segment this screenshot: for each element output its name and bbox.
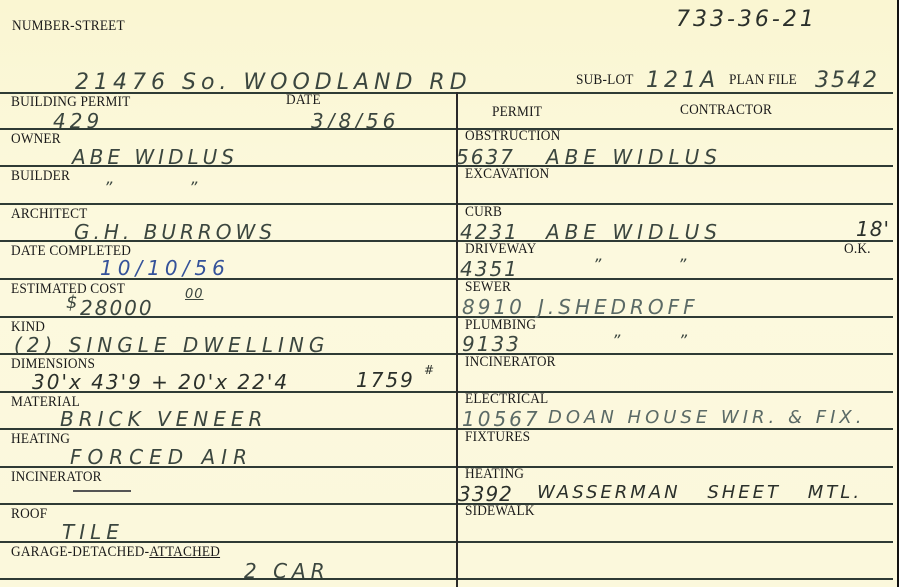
permit-number: 4231: [460, 222, 519, 242]
dimensions-value: 30'x 43'9 + 20'x 22'4: [32, 372, 289, 392]
permit-type-label: INCINERATOR: [465, 355, 556, 370]
number-street-label: NUMBER-STREET: [12, 19, 125, 34]
contractor-name: ” ”: [593, 257, 690, 273]
heating-value: FORCED AIR: [70, 447, 253, 467]
rule-line: [0, 128, 893, 130]
rule-line: [0, 203, 893, 205]
permit-number: 8910: [462, 297, 525, 317]
dimensions-total: 1759: [356, 370, 415, 390]
plan-file-value: 3542: [815, 70, 879, 92]
sub-lot-label: SUB-LOT: [576, 73, 634, 88]
building-permit-label: BUILDING PERMIT: [11, 95, 130, 110]
sub-lot-value: 121A: [646, 70, 719, 92]
incinerator-label: INCINERATOR: [11, 470, 102, 485]
heating-label: HEATING: [11, 432, 70, 447]
permit-type-label: DRIVEWAY: [465, 242, 536, 257]
permit-type-label: SIDEWALK: [465, 504, 535, 519]
permit-number: 5637: [456, 147, 515, 167]
date-label: DATE: [286, 93, 321, 108]
rule-line: [0, 578, 893, 580]
permit-type-label: CURB: [465, 205, 502, 220]
builder-label: BUILDER: [11, 169, 70, 184]
building-record-card: NUMBER-STREET 733-36-21 21476 So. WOODLA…: [0, 0, 899, 587]
date-value: 3/8/56: [311, 111, 399, 131]
permit-note: 18': [856, 219, 890, 239]
garage-label: GARAGE-DETACHED-ATTACHED: [11, 545, 220, 560]
contractor-name: ” ”: [612, 333, 691, 349]
permit-type-label: EXCAVATION: [465, 167, 549, 182]
incinerator-dash: [73, 490, 131, 492]
permit-number: 4351: [460, 259, 519, 279]
contractor-name: WASSERMAN SHEET MTL.: [537, 484, 862, 502]
garage-value: 2 CAR: [244, 561, 330, 581]
date-completed-value: 10/10/56: [100, 258, 230, 278]
contractor-name: ABE WIDLUS: [546, 147, 722, 167]
rule-line: [0, 541, 893, 543]
permit-number: 9133: [462, 334, 521, 354]
contractor-name: ABE WIDLUS: [546, 222, 722, 242]
permit-type-label: FIXTURES: [465, 430, 530, 445]
estimated-cost-value: 28000: [80, 298, 154, 318]
roof-value: TILE: [62, 522, 124, 542]
owner-label: OWNER: [11, 132, 61, 147]
contractor-column-header: CONTRACTOR: [680, 103, 772, 118]
kind-value: (2) SINGLE DWELLING: [14, 335, 329, 355]
roof-label: ROOF: [11, 507, 47, 522]
permit-note: O.K.: [844, 242, 871, 257]
garage-label-prefix: GARAGE-DETACHED-: [11, 544, 149, 560]
permit-number: 10567: [462, 409, 541, 429]
contractor-name: DOAN HOUSE WIR. & FIX.: [548, 409, 865, 427]
building-permit-value: 429: [53, 111, 103, 131]
permit-type-label: PLUMBING: [465, 318, 536, 333]
rule-line: [0, 503, 893, 505]
owner-value: ABE WIDLUS: [72, 147, 238, 167]
contractor-name: J.SHEDROFF: [538, 297, 699, 317]
permit-column-header: PERMIT: [492, 105, 542, 120]
material-value: BRICK VENEER: [60, 409, 267, 429]
permit-type-label: SEWER: [465, 280, 511, 295]
dimensions-unit: #: [424, 364, 438, 376]
permit-type-label: OBSTRUCTION: [465, 129, 560, 144]
permit-number: 3392: [458, 484, 513, 504]
plan-file-label: PLAN FILE: [729, 73, 797, 88]
architect-value: G.H. BURROWS: [74, 222, 276, 242]
address-value: 21476 So. WOODLAND RD: [75, 72, 472, 94]
permit-type-label: HEATING: [465, 467, 524, 482]
garage-attached-label: ATTACHED: [149, 544, 220, 560]
file-number: 733-36-21: [676, 9, 817, 31]
permit-type-label: ELECTRICAL: [465, 392, 548, 407]
builder-value: ” ”: [104, 180, 201, 196]
estimated-cost-cents: 00: [185, 288, 204, 301]
